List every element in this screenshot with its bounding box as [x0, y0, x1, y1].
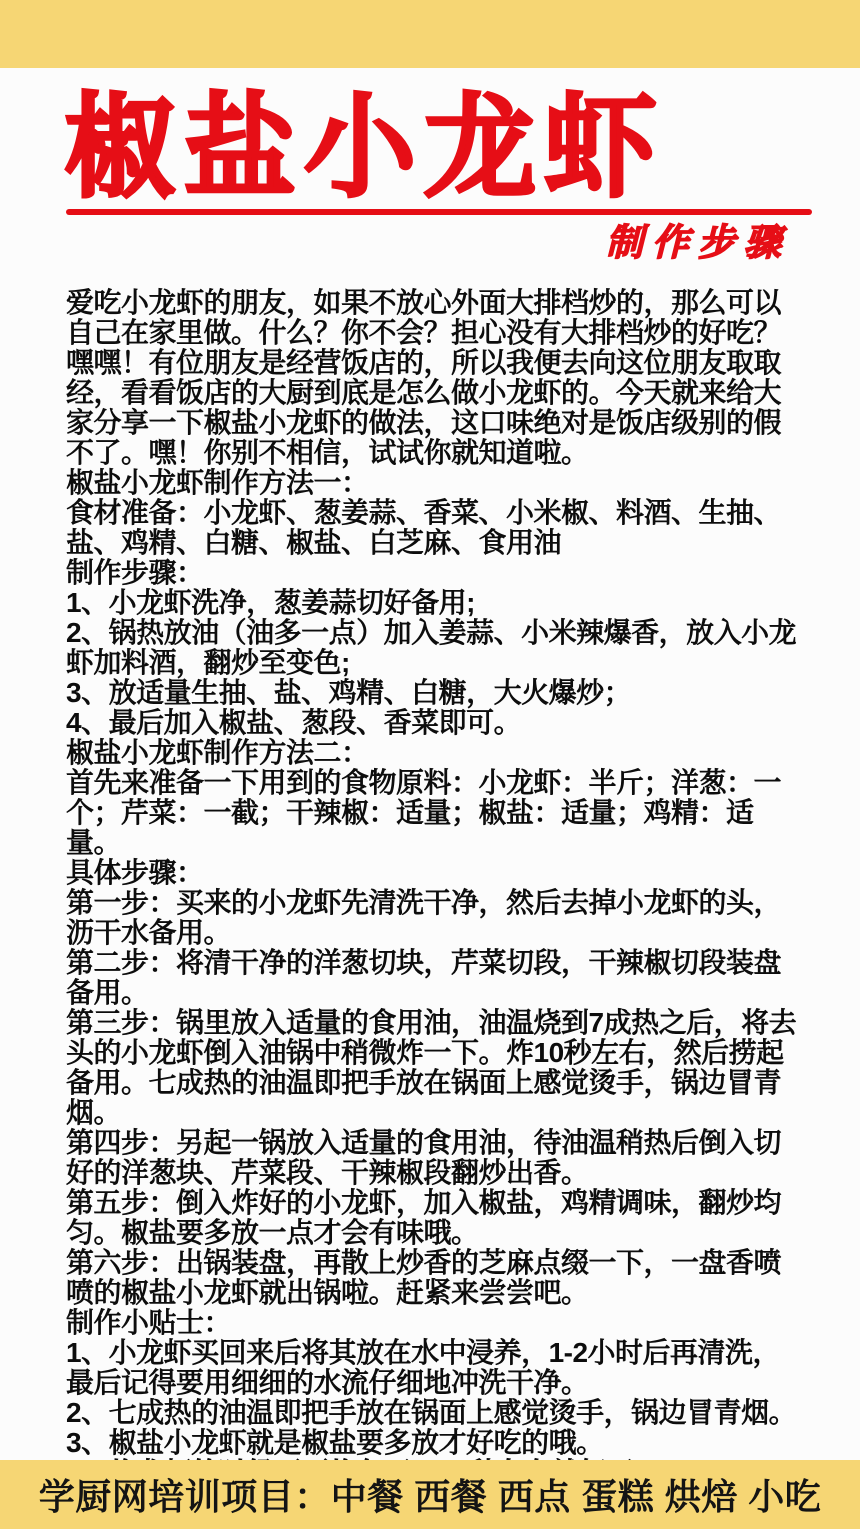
- recipe-paragraph: 食材准备：小龙虾、葱姜蒜、香菜、小米椒、料酒、生抽、盐、鸡精、白糖、椒盐、白芝麻…: [66, 498, 802, 558]
- recipe-paragraph: 4、最后加入椒盐、葱段、香菜即可。: [66, 708, 802, 738]
- recipe-paragraph: 3、椒盐小龙虾就是椒盐要多放才好吃的哦。: [66, 1428, 802, 1458]
- recipe-paragraph: 3、放适量生抽、盐、鸡精、白糖，大火爆炒；: [66, 678, 802, 708]
- poster-header: 椒盐小龙虾 制作步骤: [0, 92, 860, 261]
- recipe-paragraph: 具体步骤：: [66, 858, 802, 888]
- footer-band: 学厨网培训项目：中餐 西餐 西点 蛋糕 烘焙 小吃: [0, 1460, 860, 1529]
- recipe-paragraph: 制作小贴士：: [66, 1308, 802, 1338]
- recipe-paragraph: 制作步骤：: [66, 558, 802, 588]
- recipe-paragraph: 2、锅热放油（油多一点）加入姜蒜、小米辣爆香，放入小龙虾加料酒，翻炒至变色;: [66, 618, 802, 678]
- recipe-paragraph: 第二步：将清干净的洋葱切块，芹菜切段，干辣椒切段装盘备用。: [66, 948, 802, 1008]
- recipe-paragraph: 第五步：倒入炸好的小龙虾，加入椒盐，鸡精调味，翻炒均匀。椒盐要多放一点才会有味哦…: [66, 1188, 802, 1248]
- recipe-paragraph: 第一步：买来的小龙虾先清洗干净，然后去掉小龙虾的头，沥干水备用。: [66, 888, 802, 948]
- top-decorative-band: [0, 0, 860, 68]
- recipe-paragraph: 第四步：另起一锅放入适量的食用油，待油温稍热后倒入切好的洋葱块、芹菜段、干辣椒段…: [66, 1128, 802, 1188]
- recipe-paragraph: 1、小龙虾洗净，葱姜蒜切好备用;: [66, 588, 802, 618]
- recipe-body: 爱吃小龙虾的朋友，如果不放心外面大排档炒的，那么可以自己在家里做。什么？你不会？…: [0, 288, 860, 1518]
- recipe-paragraph: 2、七成热的油温即把手放在锅面上感觉烫手，锅边冒青烟。: [66, 1398, 802, 1428]
- footer-text: 学厨网培训项目：中餐 西餐 西点 蛋糕 烘焙 小吃: [39, 1469, 822, 1520]
- recipe-paragraph: 第三步：锅里放入适量的食用油，油温烧到7成热之后，将去头的小龙虾倒入油锅中稍微炸…: [66, 1008, 802, 1128]
- recipe-paragraph: 椒盐小龙虾制作方法二：: [66, 738, 802, 768]
- recipe-paragraph: 第六步：出锅装盘，再散上炒香的芝麻点缀一下，一盘香喷喷的椒盐小龙虾就出锅啦。赶紧…: [66, 1248, 802, 1308]
- recipe-paragraph: 椒盐小龙虾制作方法一：: [66, 468, 802, 498]
- recipe-paragraph: 1、小龙虾买回来后将其放在水中浸养，1-2小时后再清洗，最后记得要用细细的水流仔…: [66, 1338, 802, 1398]
- page-subtitle: 制作步骤: [0, 224, 790, 261]
- page-title: 椒盐小龙虾: [64, 92, 860, 204]
- recipe-poster: 椒盐小龙虾 制作步骤 爱吃小龙虾的朋友，如果不放心外面大排档炒的，那么可以自己在…: [0, 0, 860, 1529]
- recipe-paragraph: 首先来准备一下用到的食物原料：小龙虾：半斤；洋葱：一个；芹菜：一截；干辣椒：适量…: [66, 768, 802, 858]
- recipe-paragraph: 爱吃小龙虾的朋友，如果不放心外面大排档炒的，那么可以自己在家里做。什么？你不会？…: [66, 288, 802, 468]
